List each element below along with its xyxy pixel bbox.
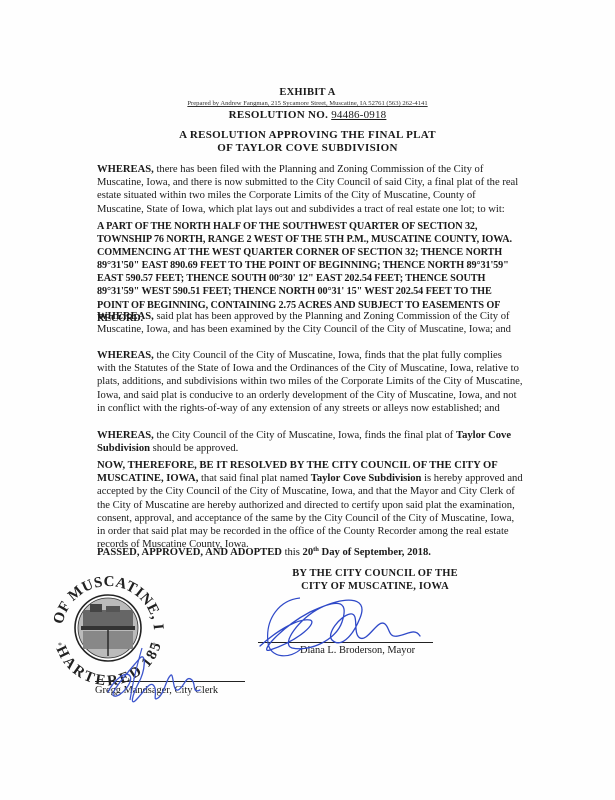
title-line-2: OF TAYLOR COVE SUBDIVISION (0, 142, 615, 155)
paragraph-text: there has been filed with the Planning a… (97, 164, 518, 215)
document-page: EXHIBIT A Prepared by Andrew Fangman, 21… (0, 0, 615, 800)
paragraph-text: said plat has been approved by the Plann… (97, 311, 511, 335)
svg-text:*: * (152, 641, 156, 650)
passed-lead: PASSED, APPROVED, AND ADOPTED (97, 547, 282, 558)
mayor-name: Diana L. Broderson, Mayor (300, 645, 415, 656)
council-line-2: CITY OF MUSCATINE, IOWA (270, 580, 480, 593)
whereas-lead: WHEREAS, (97, 350, 154, 361)
prepared-by-text: Prepared by Andrew Fangman, 215 Sycamore… (187, 100, 427, 107)
paragraph-text: that said final plat named (198, 473, 310, 484)
whereas-paragraph-3: WHEREAS, the City Council of the City of… (97, 349, 523, 415)
adoption-date-tail: Day of September, 2018. (319, 547, 431, 558)
adoption-day: 20 (303, 547, 314, 558)
council-line-1: BY THE CITY COUNCIL OF THE (270, 567, 480, 580)
subdivision-name: Taylor Cove Subdivision (311, 473, 422, 484)
passed-line: PASSED, APPROVED, AND ADOPTED this 20th … (97, 546, 523, 559)
svg-text:*: * (58, 641, 62, 650)
whereas-lead: WHEREAS, (97, 430, 154, 441)
resolution-number-line: RESOLUTION NO. 94486-0918 (0, 109, 615, 121)
exhibit-heading: EXHIBIT A (0, 87, 615, 98)
paragraph-text: this (282, 547, 303, 558)
city-seal-icon: CITY OF MUSCATINE, IOWA CHARTERED 1851 *… (48, 566, 168, 686)
paragraph-text: the City Council of the City of Muscatin… (97, 350, 522, 414)
whereas-lead: WHEREAS, (97, 164, 154, 175)
paragraph-text: is hereby approved and accepted by the C… (97, 473, 523, 550)
resolution-label: RESOLUTION NO. (229, 109, 329, 121)
whereas-paragraph-4: WHEREAS, the City Council of the City of… (97, 429, 523, 455)
resolved-paragraph: NOW, THEREFORE, BE IT RESOLVED BY THE CI… (97, 459, 523, 551)
resolution-title: A RESOLUTION APPROVING THE FINAL PLAT OF… (0, 129, 615, 155)
title-line-1: A RESOLUTION APPROVING THE FINAL PLAT (0, 129, 615, 142)
paragraph-text: the City Council of the City of Muscatin… (154, 430, 456, 441)
whereas-paragraph-2: WHEREAS, said plat has been approved by … (97, 310, 523, 336)
mayor-signature-line (258, 642, 433, 643)
clerk-name: Gregg Mandsager, City Clerk (95, 685, 218, 696)
mayor-signature-icon (240, 588, 440, 668)
paragraph-text: should be approved. (150, 443, 238, 454)
prepared-by-line: Prepared by Andrew Fangman, 215 Sycamore… (0, 100, 615, 107)
resolution-number: 94486-0918 (331, 109, 386, 121)
whereas-paragraph-1: WHEREAS, there has been filed with the P… (97, 163, 523, 216)
clerk-signature-line (95, 681, 245, 682)
council-signature-heading: BY THE CITY COUNCIL OF THE CITY OF MUSCA… (270, 567, 480, 593)
whereas-lead: WHEREAS, (97, 311, 154, 322)
